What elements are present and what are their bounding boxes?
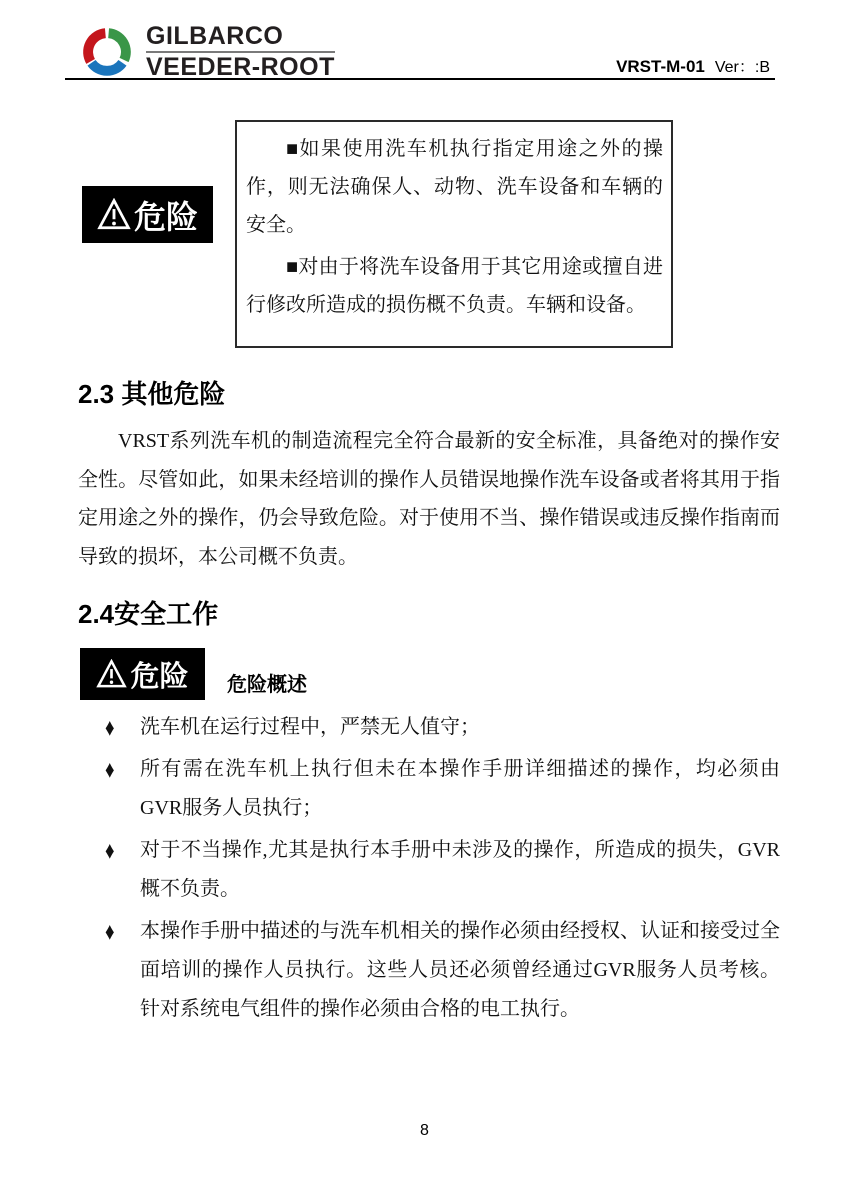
diamond-bullet-icon: ♦ bbox=[105, 829, 115, 872]
header-divider bbox=[65, 78, 775, 80]
danger-notice-box: ■如果使用洗车机执行指定用途之外的操作，则无法确保人、动物、洗车设备和车辆的安全… bbox=[235, 120, 673, 348]
list-item-text: 洗车机在运行过程中，严禁无人值守； bbox=[140, 716, 480, 738]
danger-notice-item: ■如果使用洗车机执行指定用途之外的操作，则无法确保人、动物、洗车设备和车辆的安全… bbox=[246, 130, 663, 244]
danger-badge: 危险 bbox=[80, 648, 205, 700]
danger-badge-label: 危险 bbox=[134, 192, 198, 238]
list-item: ♦ 本操作手册中描述的与洗车机相关的操作必须由经授权、认证和接受过全面培训的操作… bbox=[105, 912, 780, 1029]
list-item: ♦ 洗车机在运行过程中，严禁无人值守； bbox=[105, 708, 780, 747]
manual-page: GILBARCO VEEDER-ROOT VRST-M-01Ver：:B 危险 … bbox=[0, 0, 849, 1200]
list-item: ♦ 对于不当操作,尤其是执行本手册中未涉及的操作，所造成的损失，GVR概不负责。 bbox=[105, 831, 780, 909]
list-item-text: 对于不当操作,尤其是执行本手册中未涉及的操作，所造成的损失，GVR概不负责。 bbox=[140, 839, 780, 900]
brand-wordmark: GILBARCO VEEDER-ROOT bbox=[146, 24, 335, 80]
danger-overview-row: 危险 危险概述 bbox=[80, 648, 307, 700]
document-id: VRST-M-01Ver：:B bbox=[616, 54, 770, 77]
danger-overview-caption: 危险概述 bbox=[227, 668, 307, 697]
page-number: 8 bbox=[0, 1122, 849, 1140]
brand-line-veeder-root: VEEDER-ROOT bbox=[146, 53, 335, 80]
brand-line-gilbarco: GILBARCO bbox=[146, 24, 335, 53]
section-2-3-heading: 2.3 其他危险 bbox=[78, 374, 225, 411]
list-item-text: 本操作手册中描述的与洗车机相关的操作必须由经授权、认证和接受过全面培训的操作人员… bbox=[140, 920, 780, 1020]
danger-notice-item: ■对由于将洗车设备用于其它用途或擅自进行修改所造成的损伤概不负责。车辆和设备。 bbox=[246, 248, 663, 324]
page-header: GILBARCO VEEDER-ROOT VRST-M-01Ver：:B bbox=[0, 0, 849, 80]
safety-rules-list: ♦ 洗车机在运行过程中，严禁无人值守； ♦ 所有需在洗车机上执行但未在本操作手册… bbox=[105, 708, 780, 1032]
document-version: Ver：:B bbox=[715, 59, 770, 76]
section-2-4-heading: 2.4安全工作 bbox=[78, 594, 218, 631]
list-item: ♦ 所有需在洗车机上执行但未在本操作手册详细描述的操作，均必须由GVR服务人员执… bbox=[105, 750, 780, 828]
list-item-text: 所有需在洗车机上执行但未在本操作手册详细描述的操作，均必须由GVR服务人员执行； bbox=[140, 758, 780, 819]
gilbarco-logo-icon bbox=[78, 25, 136, 79]
warning-triangle-icon bbox=[97, 198, 131, 232]
warning-triangle-icon bbox=[96, 659, 127, 690]
brand-logo: GILBARCO VEEDER-ROOT bbox=[78, 24, 335, 80]
danger-badge-label: 危险 bbox=[130, 654, 188, 695]
document-code: VRST-M-01 bbox=[616, 57, 705, 76]
diamond-bullet-icon: ♦ bbox=[105, 748, 115, 791]
diamond-bullet-icon: ♦ bbox=[105, 706, 115, 749]
diamond-bullet-icon: ♦ bbox=[105, 910, 115, 953]
section-2-3-paragraph: VRST系列洗车机的制造流程完全符合最新的安全标准，具备绝对的操作安全性。尽管如… bbox=[78, 422, 780, 576]
danger-badge: 危险 bbox=[82, 186, 213, 243]
